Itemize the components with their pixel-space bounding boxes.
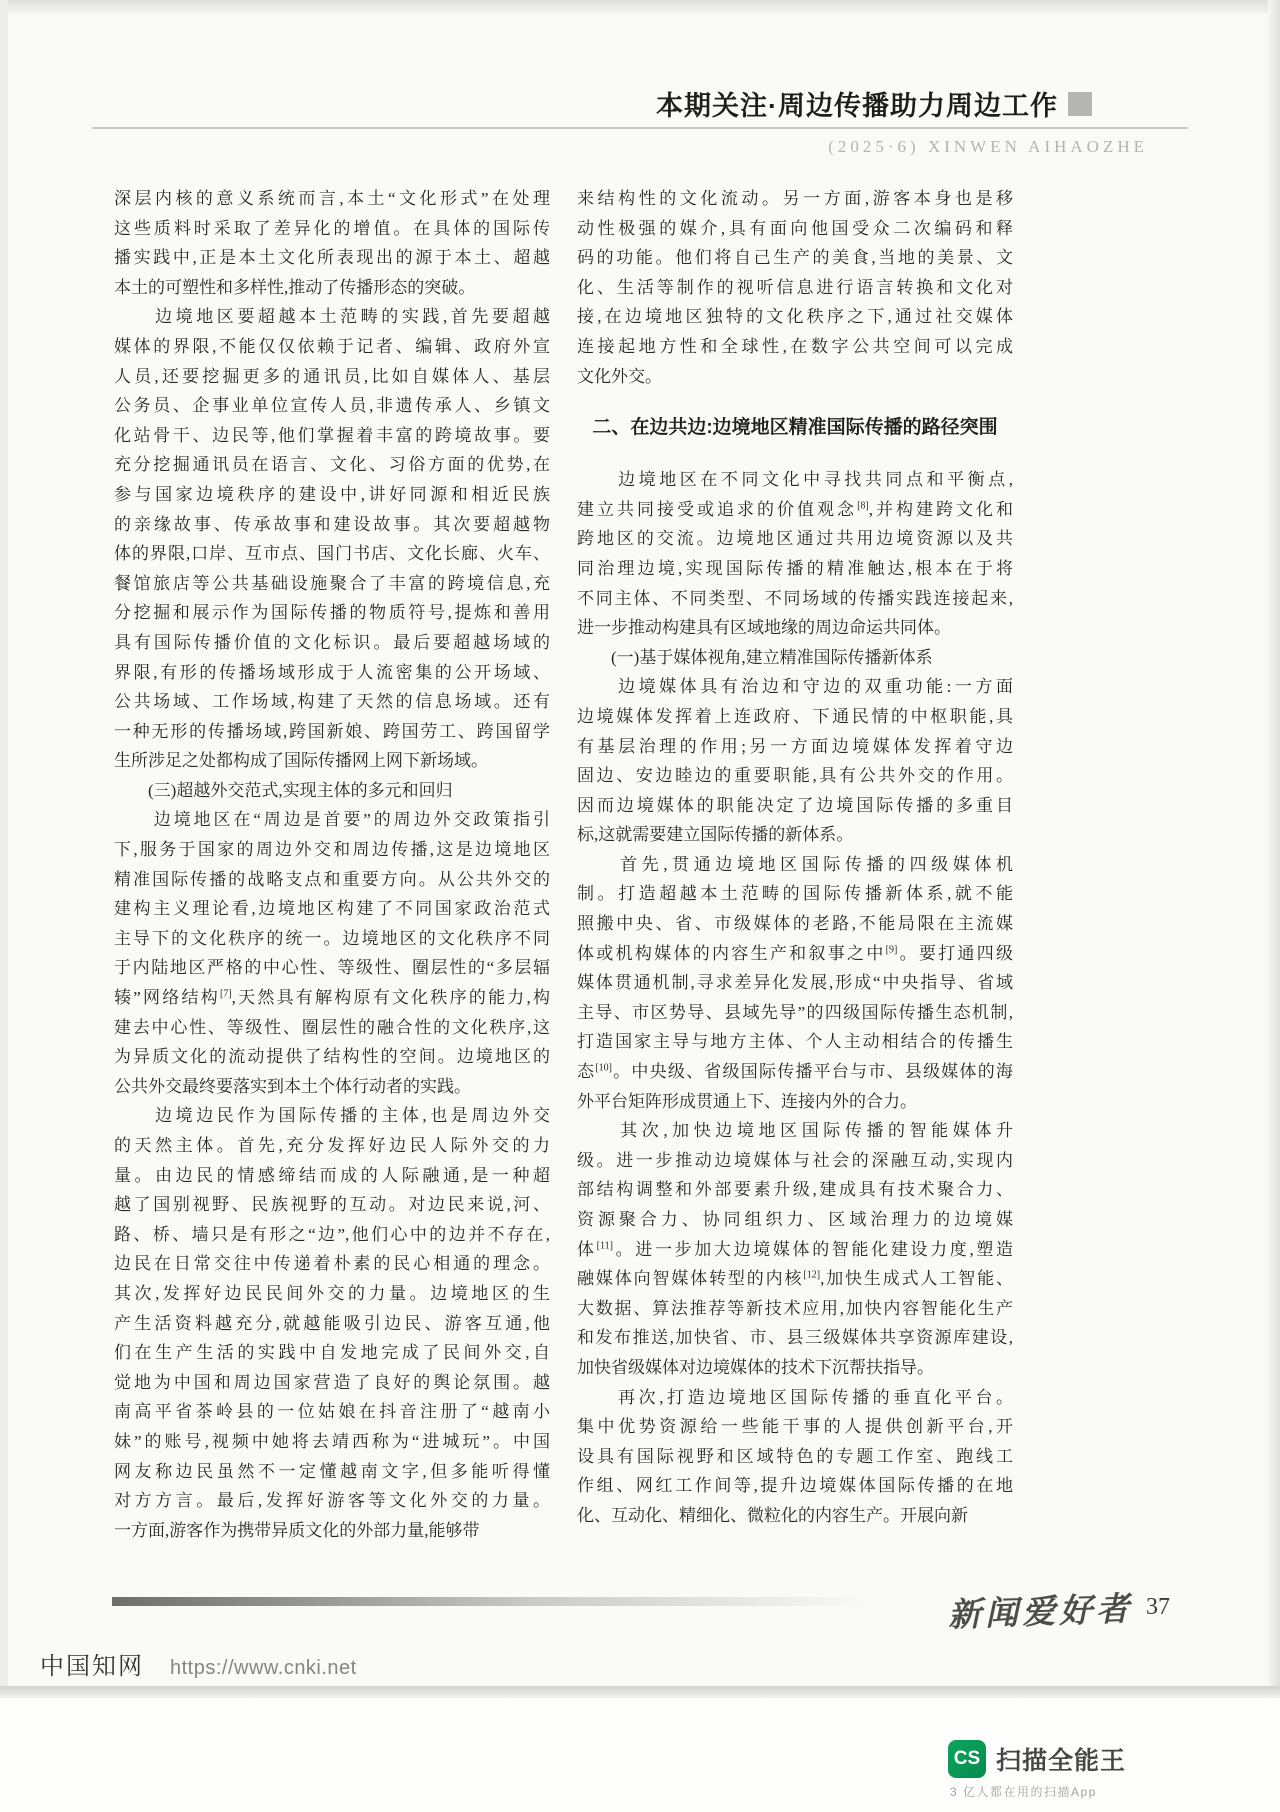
article-left-column: 深层内核的意义系统而言,本土“文化形式”在处理这些质料时采取了差异化的增值。在具…: [114, 184, 550, 1545]
text-line: 其次,加快边境地区国际传播的智能媒体升: [577, 1116, 1013, 1146]
article-right-column: 来结构性的文化流动。另一方面,游客本身也是移动性极强的媒介,具有面向他国受众二次…: [577, 184, 1013, 1531]
text-line: 接,在边境地区独特的文化秩序之下,通过社交媒体: [577, 302, 1013, 332]
text-line: 化、互动化、精细化、微粒化的内容生产。开展向新: [577, 1501, 1013, 1531]
text-line: 边境边民作为国际传播的主体,也是周边外交: [114, 1101, 550, 1131]
text-line: 播实践中,正是本土文化所表现出的源于本土、超越: [114, 243, 550, 273]
text-line: 公共外交最终要落实到本土个体行动者的实践。: [114, 1072, 550, 1102]
text-line: 边境媒体发挥着上连政府、下通民情的中枢职能,具: [577, 702, 1013, 732]
text-line: 充分挖掘通讯员在语言、文化、习俗方面的优势,在: [114, 450, 550, 480]
scanner-shadow-bar: [112, 1597, 872, 1606]
text-line: 人员,还要挖掘更多的通讯员,比如自媒体人、基层: [114, 362, 550, 392]
text-line: 化、生活等制作的视听信息进行语言转换和文化对: [577, 273, 1013, 303]
text-line: 进一步推动构建具有区域地缘的周边命运共同体。: [577, 613, 1013, 643]
text-line: 妹”的账号,视频中她将去靖西称为“进城玩”。中国: [114, 1427, 550, 1457]
text-line: 越了国别视野、民族视野的互动。对边民来说,河、: [114, 1190, 550, 1220]
camscanner-watermark: CS 扫描全能王 3 亿人都在用的扫描App: [948, 1740, 1126, 1800]
text-line: 路、桥、墙只是有形之“边”,他们心中的边并不存在,: [114, 1220, 550, 1250]
text-line: 量。由边民的情感缔结而成的人际融通,是一种超: [114, 1161, 550, 1191]
text-line: 边民在日常交往中传递着朴素的民心相通的理念。: [114, 1249, 550, 1279]
camscanner-tagline: 3 亿人都在用的扫描App: [950, 1783, 1126, 1800]
scan-edge-bottom: [0, 1686, 1280, 1698]
text-line: 下,服务于国家的周边外交和周边传播,这是边境地区: [114, 835, 550, 865]
text-line: 建立共同接受或追求的价值观念[8],并构建跨文化和: [577, 495, 1013, 525]
text-line: 分挖掘和展示作为国际传播的物质符号,提炼和善用: [114, 598, 550, 628]
text-line: 的天然主体。首先,充分发挥好边民人际外交的力: [114, 1131, 550, 1161]
section-heading-line: 二、在边共边:边境地区精准国际传播的路径突围: [577, 411, 1013, 445]
text-line: 精准国际传播的战略支点和重要方向。从公共外交的: [114, 865, 550, 895]
text-line: 体[11]。进一步加大边境媒体的智能化建设力度,塑造: [577, 1235, 1013, 1265]
text-line: 加快省级媒体对边境媒体的技术下沉帮扶指导。: [577, 1353, 1013, 1383]
text-line: 公共场域、工作场域,构建了天然的信息场域。还有: [114, 687, 550, 717]
page-number: 37: [1146, 1594, 1170, 1621]
text-line: 连接起地方性和全球性,在数字公共空间可以完成: [577, 332, 1013, 362]
scan-edge-right: [1268, 0, 1280, 1700]
text-line: 部结构调整和外部要素升级,建成具有技术聚合力、: [577, 1175, 1013, 1205]
text-line: 大数据、算法推荐等新技术应用,加快内容智能化生产: [577, 1294, 1013, 1324]
text-line: 边境地区要超越本土范畴的实践,首先要超越: [114, 302, 550, 332]
header-square-marker-icon: [1068, 92, 1092, 116]
text-line: 餐馆旅店等公共基础设施聚合了丰富的跨境信息,充: [114, 569, 550, 599]
text-line: 打造国家主导与地方主体、个人主动相结合的传播生: [577, 1027, 1013, 1057]
text-line: 制。打造超越本土范畴的国际传播新体系,就不能: [577, 879, 1013, 909]
text-line: 们在生产生活的实践中自发地完成了民间外交,自: [114, 1338, 550, 1368]
text-line: 本土的可塑性和多样性,推动了传播形态的突破。: [114, 273, 550, 303]
text-line: 一方面,游客作为携带异质文化的外部力量,能够带: [114, 1516, 550, 1546]
header-row: 本期关注·周边传播助力周边工作: [656, 84, 1092, 123]
text-line: 集中优势资源给一些能干事的人提供创新平台,开: [577, 1412, 1013, 1442]
text-line: 同治理边境,实现国际传播的精准触达,根本在于将: [577, 554, 1013, 584]
text-line: 外平台矩阵形成贯通上下、连接内外的合力。: [577, 1087, 1013, 1117]
text-line: 对方方言。最后,发挥好游客等文化外交的力量。: [114, 1486, 550, 1516]
text-line: 融媒体向智媒体转型的内核[12],加快生成式人工智能、: [577, 1264, 1013, 1294]
text-line: 边境地区在不同文化中寻找共同点和平衡点,: [577, 465, 1013, 495]
spacer-line: [577, 391, 1013, 411]
issue-info: (2025·6) XINWEN AIHAOZHE: [828, 137, 1148, 157]
text-line: (一)基于媒体视角,建立精准国际传播新体系: [577, 643, 1013, 673]
text-line: 媒体的界限,不能仅仅依赖于记者、编辑、政府外宣: [114, 332, 550, 362]
spacer-line: [577, 445, 1013, 465]
text-line: 化站骨干、边民等,他们掌握着丰富的跨境故事。要: [114, 421, 550, 451]
text-line: 建去中心性、等级性、圈层性的融合性的文化秩序,这: [114, 1013, 550, 1043]
text-line: 来结构性的文化流动。另一方面,游客本身也是移: [577, 184, 1013, 214]
text-line: 不同主体、不同类型、不同场域的传播实践连接起来,: [577, 584, 1013, 614]
text-line: 和发布推送,加快省、市、县三级媒体共享资源库建设,: [577, 1323, 1013, 1353]
text-line: 界限,有形的传播场域形成于人流密集的公开场域、: [114, 658, 550, 688]
text-line: 其次,发挥好边民民间外交的力量。边境地区的生: [114, 1279, 550, 1309]
text-line: 设具有国际视野和区域特色的专题工作室、跑线工: [577, 1442, 1013, 1472]
text-line: 网友称边民虽然不一定懂越南文字,但多能听得懂: [114, 1457, 550, 1487]
scan-edge-left: [0, 0, 8, 1700]
camscanner-app-name: 扫描全能王: [996, 1741, 1126, 1777]
text-line: 再次,打造边境地区国际传播的垂直化平台。: [577, 1383, 1013, 1413]
text-line: 动性极强的媒介,具有面向他国受众二次编码和释: [577, 214, 1013, 244]
section-title: 本期关注·周边传播助力周边工作: [656, 84, 1058, 123]
text-line: (三)超越外交范式,实现主体的多元和回归: [114, 776, 550, 806]
text-line: 体或机构媒体的内容生产和叙事之中[9]。要打通四级: [577, 939, 1013, 969]
scan-edge-top: [0, 0, 1280, 14]
cnki-site-name: 中国知网: [40, 1646, 144, 1681]
text-line: 这些质料时采取了差异化的增值。在具体的国际传: [114, 214, 550, 244]
text-line: 体的界限,口岸、互市点、国门书店、文化长廊、火车、: [114, 539, 550, 569]
text-line: 一种无形的传播场域,跨国新娘、跨国劳工、跨国留学: [114, 717, 550, 747]
text-line: 因而边境媒体的职能决定了边境国际传播的多重目: [577, 791, 1013, 821]
text-line: 的亲缘故事、传承故事和建设故事。其次要超越物: [114, 510, 550, 540]
text-line: 跨地区的交流。边境地区通过共用边境资源以及共: [577, 524, 1013, 554]
text-line: 照搬中央、省、市级媒体的老路,不能局限在主流媒: [577, 909, 1013, 939]
text-line: 媒体贯通机制,寻求差异化发展,形成“中央指导、省域: [577, 968, 1013, 998]
cnki-watermark: 中国知网 https://www.cnki.net: [40, 1646, 357, 1681]
text-line: 产生活资料越充分,就越能吸引边民、游客互通,他: [114, 1309, 550, 1339]
header-rule: [92, 127, 1188, 129]
text-line: 首先,贯通边境地区国际传播的四级媒体机: [577, 850, 1013, 880]
journal-name-calligraphy: 新闻爱好者: [947, 1583, 1134, 1636]
text-line: 码的功能。他们将自己生产的美食,当地的美景、文: [577, 243, 1013, 273]
text-line: 文化外交。: [577, 362, 1013, 392]
text-line: 参与国家边境秩序的建设中,讲好同源和相近民族: [114, 480, 550, 510]
text-line: 有基层治理的作用;另一方面边境媒体发挥着守边: [577, 732, 1013, 762]
text-line: 公务员、企事业单位宣传人员,非遗传承人、乡镇文: [114, 391, 550, 421]
text-line: 标,这就需要建立国际传播的新体系。: [577, 820, 1013, 850]
text-line: 作组、网红工作间等,提升边境媒体国际传播的在地: [577, 1471, 1013, 1501]
text-line: 固边、安边睦边的重要职能,具有公共外交的作用。: [577, 761, 1013, 791]
text-line: 主导、市区势导、县域先导”的四级国际传播生态机制,: [577, 998, 1013, 1028]
scanned-page: 本期关注·周边传播助力周边工作 (2025·6) XINWEN AIHAOZHE…: [0, 0, 1280, 1812]
text-line: 辏”网络结构[7],天然具有解构原有文化秩序的能力,构: [114, 983, 550, 1013]
camscanner-logo-icon: CS: [948, 1740, 986, 1778]
text-line: 生所涉足之处都构成了国际传播网上网下新场域。: [114, 746, 550, 776]
text-line: 为异质文化的流动提供了结构性的空间。边境地区的: [114, 1042, 550, 1072]
text-line: 主导下的文化秩序的统一。边境地区的文化秩序不同: [114, 924, 550, 954]
text-line: 级。进一步推动边境媒体与社会的深融互动,实现内: [577, 1146, 1013, 1176]
text-line: 具有国际传播价值的文化标识。最后要超越场域的: [114, 628, 550, 658]
text-line: 态[10]。中央级、省级国际传播平台与市、县级媒体的海: [577, 1057, 1013, 1087]
text-line: 边境地区在“周边是首要”的周边外交政策指引: [114, 805, 550, 835]
text-line: 于内陆地区严格的中心性、等级性、圈层性的“多层辐: [114, 953, 550, 983]
text-line: 边境媒体具有治边和守边的双重功能:一方面: [577, 672, 1013, 702]
text-line: 建构主义理论看,边境地区构建了不同国家政治范式: [114, 894, 550, 924]
text-line: 深层内核的意义系统而言,本土“文化形式”在处理: [114, 184, 550, 214]
text-line: 南高平省茶岭县的一位姑娘在抖音注册了“越南小: [114, 1397, 550, 1427]
text-line: 觉地为中国和周边国家营造了良好的舆论氛围。越: [114, 1368, 550, 1398]
text-line: 资源聚合力、协同组织力、区域治理力的边境媒: [577, 1205, 1013, 1235]
cnki-site-url: https://www.cnki.net: [170, 1657, 357, 1680]
